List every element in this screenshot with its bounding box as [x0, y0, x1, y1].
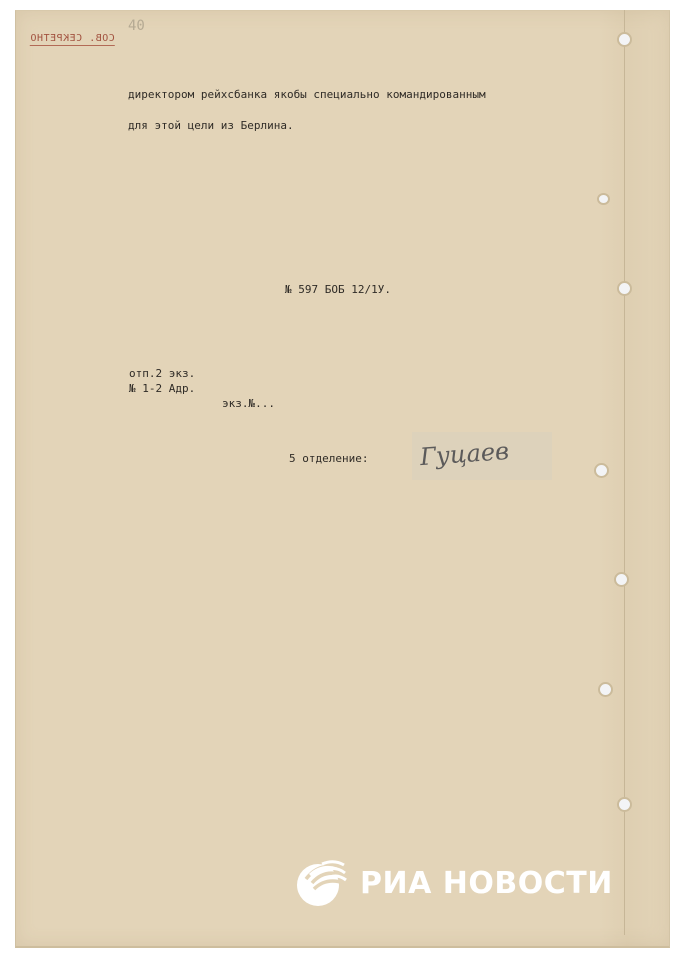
distribution-line-3: экз.№... — [222, 397, 275, 410]
document-page — [15, 10, 670, 948]
punch-hole — [617, 797, 632, 812]
distribution-line-2: № 1-2 Адр. — [129, 382, 195, 395]
ria-novosti-brand-text: РИА НОВОСТИ — [360, 866, 613, 901]
punch-hole — [597, 193, 610, 205]
body-line-2: для этой цели из Берлина. — [128, 119, 294, 132]
page-number: 40 — [128, 18, 145, 34]
distribution-line-1: отп.2 экз. — [129, 367, 195, 380]
body-line-1: директором рейхсбанка якобы специально к… — [128, 88, 486, 101]
classification-stamp: СОВ. СЕКРЕТНО — [30, 33, 115, 46]
punch-hole — [598, 682, 613, 697]
signature-label: 5 отделение: — [289, 452, 368, 465]
punch-hole — [617, 281, 632, 296]
reference-number: № 597 БОБ 12/1У. — [285, 283, 391, 296]
punch-hole — [614, 572, 629, 587]
ria-novosti-watermark: РИА НОВОСТИ — [292, 855, 613, 911]
punch-hole — [617, 32, 632, 47]
ria-globe-logo-icon — [292, 855, 348, 911]
punch-hole — [594, 463, 609, 478]
